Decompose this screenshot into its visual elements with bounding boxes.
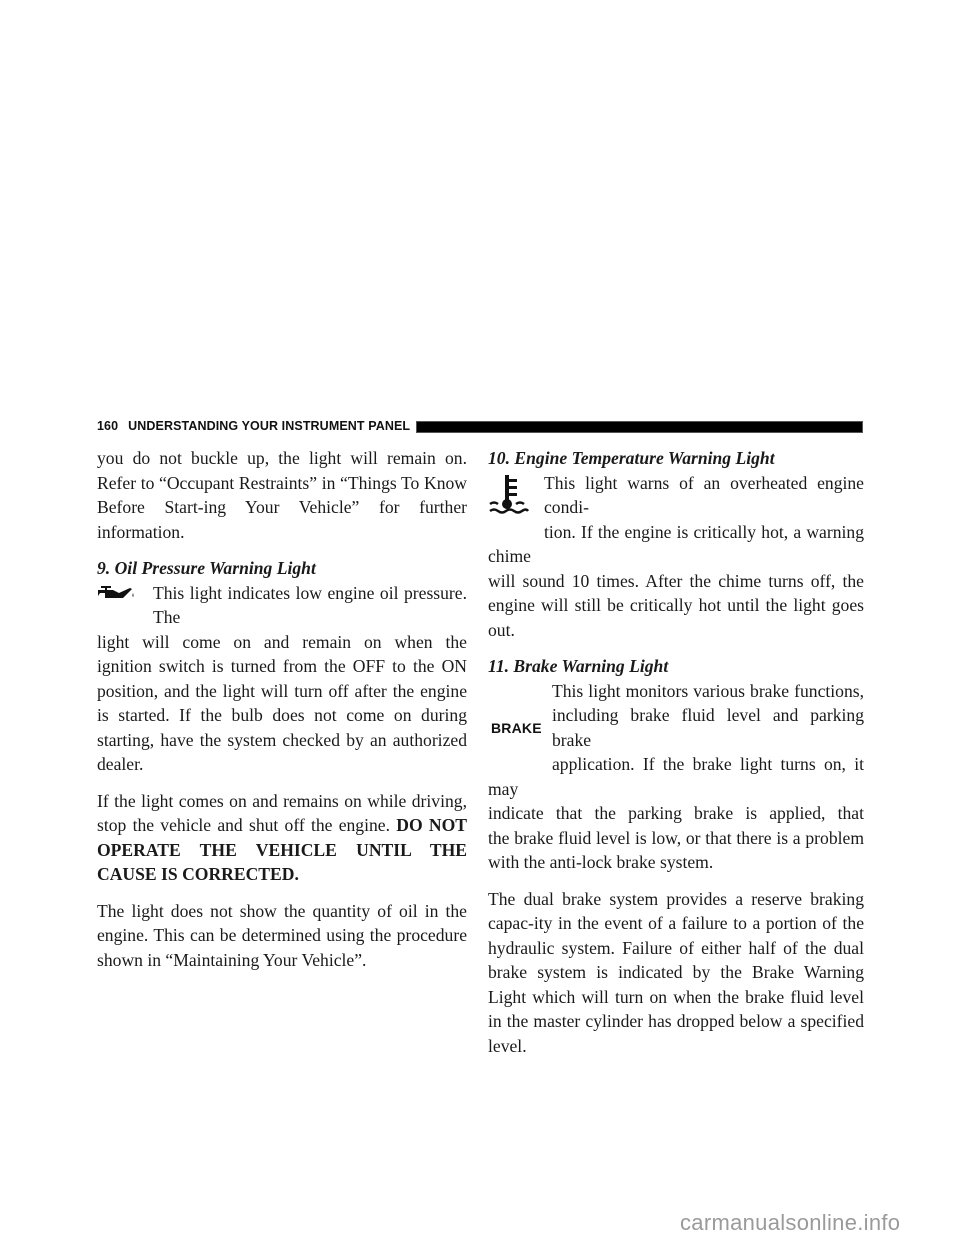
section-title: UNDERSTANDING YOUR INSTRUMENT PANEL	[128, 419, 410, 433]
left-column: you do not buckle up, the light will rem…	[97, 446, 467, 984]
section-heading-brake: 11. Brake Warning Light	[488, 654, 864, 679]
header-rule-bar	[416, 421, 863, 433]
paragraph-driving-warning: If the light comes on and remains on whi…	[97, 789, 467, 887]
brake-indented-line-4: indicate that the parking brake is appli…	[488, 801, 864, 826]
right-column: 10. Engine Temperature Warning Light Thi…	[488, 446, 864, 1070]
temp-indented-line-1: This light warns of an overheated engine…	[488, 471, 864, 520]
page-number: 160	[97, 419, 118, 433]
intro-paragraph: you do not buckle up, the light will rem…	[97, 446, 467, 544]
oil-continuation-text: ignition switch is turned from the OFF t…	[97, 656, 467, 774]
paragraph-dual-brake: The dual brake system provides a reserve…	[488, 887, 864, 1059]
watermark-link[interactable]: carmanualsonline.info	[680, 1210, 900, 1236]
brake-icon-label: BRAKE	[491, 716, 542, 741]
section-heading-engine-temp: 10. Engine Temperature Warning Light	[488, 446, 864, 471]
oil-indented-line-1: This light indicates low engine oil pres…	[97, 581, 467, 630]
oil-indented-line-2: light will come on and remain on when th…	[97, 630, 467, 655]
brake-continuation-text: the brake fluid level is low, or that th…	[488, 828, 864, 873]
temp-continuation-text: engine will still be critically hot unti…	[488, 595, 864, 640]
section-engine-temperature: 10. Engine Temperature Warning Light Thi…	[488, 446, 864, 642]
temp-indented-line-2: tion. If the engine is critically hot, a…	[488, 520, 864, 569]
thermometer-coolant-icon	[488, 473, 544, 523]
paragraph-oil-quantity: The light does not show the quantity of …	[97, 899, 467, 973]
temp-indented-line-3: will sound 10 times. After the chime tur…	[488, 569, 864, 594]
oil-can-icon	[97, 584, 153, 606]
page-header: 160 UNDERSTANDING YOUR INSTRUMENT PANEL	[97, 417, 863, 435]
section-oil-pressure: 9. Oil Pressure Warning Light This light…	[97, 556, 467, 777]
section-brake-warning: 11. Brake Warning Light BRAKE This light…	[488, 654, 864, 875]
section-heading-oil-pressure: 9. Oil Pressure Warning Light	[97, 556, 467, 581]
brake-icon: BRAKE	[488, 679, 552, 777]
